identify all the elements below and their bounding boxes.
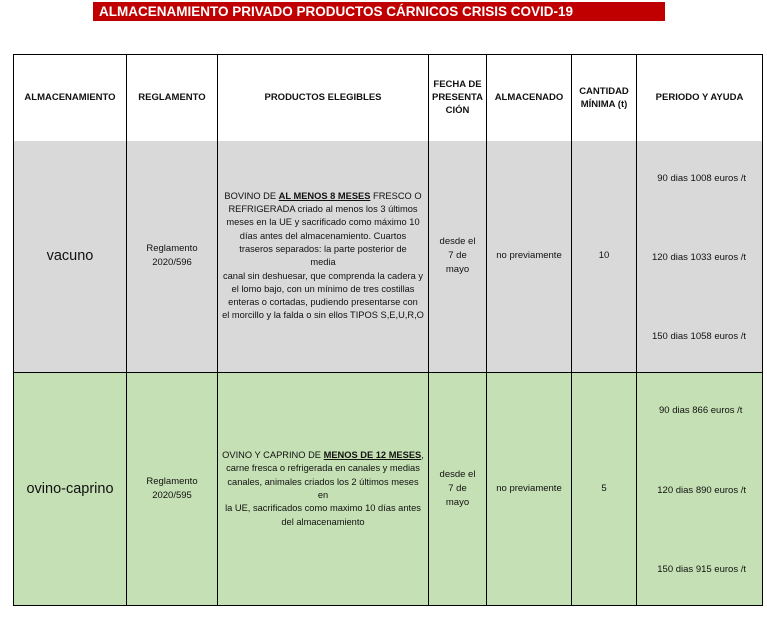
productos-text: media — [310, 257, 335, 267]
productos-text: el lomo bajo, con un mínimo de tres cost… — [232, 284, 415, 294]
cell-reglamento: Reglamento 2020/596 — [127, 141, 218, 373]
productos-highlight: AL MENOS 8 MESES — [279, 191, 371, 201]
fecha-text: 7 de — [448, 250, 467, 261]
cell-almacenado: no previamente — [487, 141, 572, 373]
productos-text: días antes del almacenamiento. Cuartos — [240, 231, 406, 241]
productos-text: carne fresca o refrigerada en canales y … — [226, 463, 420, 473]
cell-cantidad: 5 — [572, 373, 637, 606]
storage-aid-table: ALMACENAMIENTO REGLAMENTO PRODUCTOS ELEG… — [13, 54, 763, 606]
cell-almacenado: no previamente — [487, 373, 572, 606]
header-fecha-line: CIÓN — [446, 105, 470, 116]
header-reglamento: REGLAMENTO — [127, 55, 218, 141]
reglamento-number: 2020/596 — [152, 257, 192, 268]
table-row-vacuno: vacuno Reglamento 2020/596 BOVINO DE AL … — [14, 141, 763, 373]
header-fecha-line: FECHA DE — [433, 79, 481, 90]
header-fecha-line: PRESENTA — [432, 92, 483, 103]
period-item: 120 dias 890 euros /t — [643, 485, 756, 496]
productos-text: canal sin deshuesar, que comprenda la ca… — [223, 271, 423, 281]
productos-text: en — [318, 490, 328, 500]
productos-text: , — [421, 450, 424, 460]
cell-reglamento: Reglamento 2020/595 — [127, 373, 218, 606]
productos-highlight: MENOS DE 12 MESES — [324, 450, 422, 460]
reglamento-number: 2020/595 — [152, 490, 192, 501]
fecha-text: desde el — [440, 236, 476, 247]
table-header-row: ALMACENAMIENTO REGLAMENTO PRODUCTOS ELEG… — [14, 55, 763, 141]
cell-periodo: 90 dias 1008 euros /t 120 dias 1033 euro… — [637, 141, 763, 373]
cell-productos: BOVINO DE AL MENOS 8 MESES FRESCO O REFR… — [218, 141, 429, 373]
productos-text: REFRIGERADA criado al menos los 3 último… — [228, 204, 417, 214]
reglamento-label: Reglamento — [146, 243, 197, 254]
table-row-ovino-caprino: ovino-caprino Reglamento 2020/595 OVINO … — [14, 373, 763, 606]
productos-text: canales, animales criados los 2 últimos … — [227, 477, 418, 487]
productos-text: BOVINO DE — [224, 191, 278, 201]
period-item: 90 dias 866 euros /t — [643, 405, 756, 416]
cell-fecha: desde el 7 de mayo — [429, 141, 487, 373]
cell-cantidad: 10 — [572, 141, 637, 373]
cell-periodo: 90 dias 866 euros /t 120 dias 890 euros … — [637, 373, 763, 606]
fecha-text: mayo — [446, 497, 469, 508]
fecha-text: desde el — [440, 469, 476, 480]
header-almacenado: ALMACENADO — [487, 55, 572, 141]
productos-text: del almacenamiento — [281, 517, 364, 527]
fecha-text: 7 de — [448, 483, 467, 494]
period-list: 90 dias 1008 euros /t 120 dias 1033 euro… — [639, 141, 760, 373]
header-cantidad: CANTIDAD MÍNIMA (t) — [572, 55, 637, 141]
header-periodo: PERIODO Y AYUDA — [637, 55, 763, 141]
header-cantidad-line: MÍNIMA (t) — [581, 99, 628, 110]
cell-almacenamiento: ovino-caprino — [14, 373, 127, 606]
period-item: 90 dias 1008 euros /t — [643, 173, 756, 184]
page-title: ALMACENAMIENTO PRIVADO PRODUCTOS CÁRNICO… — [93, 2, 665, 21]
period-list: 90 dias 866 euros /t 120 dias 890 euros … — [639, 373, 760, 605]
cell-fecha: desde el 7 de mayo — [429, 373, 487, 606]
productos-text: FRESCO O — [370, 191, 421, 201]
productos-text: enteras o cortadas, pudiendo presentarse… — [228, 297, 418, 307]
productos-text: meses en la UE y sacrificado como máximo… — [226, 217, 419, 227]
cell-productos: OVINO Y CAPRINO DE MENOS DE 12 MESES, ca… — [218, 373, 429, 606]
header-productos: PRODUCTOS ELEGIBLES — [218, 55, 429, 141]
header-fecha: FECHA DE PRESENTA CIÓN — [429, 55, 487, 141]
productos-text: OVINO Y CAPRINO DE — [222, 450, 323, 460]
reglamento-label: Reglamento — [146, 476, 197, 487]
header-cantidad-line: CANTIDAD — [579, 86, 629, 97]
header-almacenamiento: ALMACENAMIENTO — [14, 55, 127, 141]
period-item: 150 dias 1058 euros /t — [643, 331, 756, 342]
productos-text: la UE, sacrificados como maximo 10 días … — [225, 503, 421, 513]
productos-text: traseros separados: la parte posterior d… — [239, 244, 406, 254]
period-item: 120 dias 1033 euros /t — [643, 252, 756, 263]
period-item: 150 dias 915 euros /t — [643, 564, 756, 575]
cell-almacenamiento: vacuno — [14, 141, 127, 373]
productos-text: el morcillo y la falda o sin ellos TIPOS… — [222, 310, 424, 320]
fecha-text: mayo — [446, 264, 469, 275]
